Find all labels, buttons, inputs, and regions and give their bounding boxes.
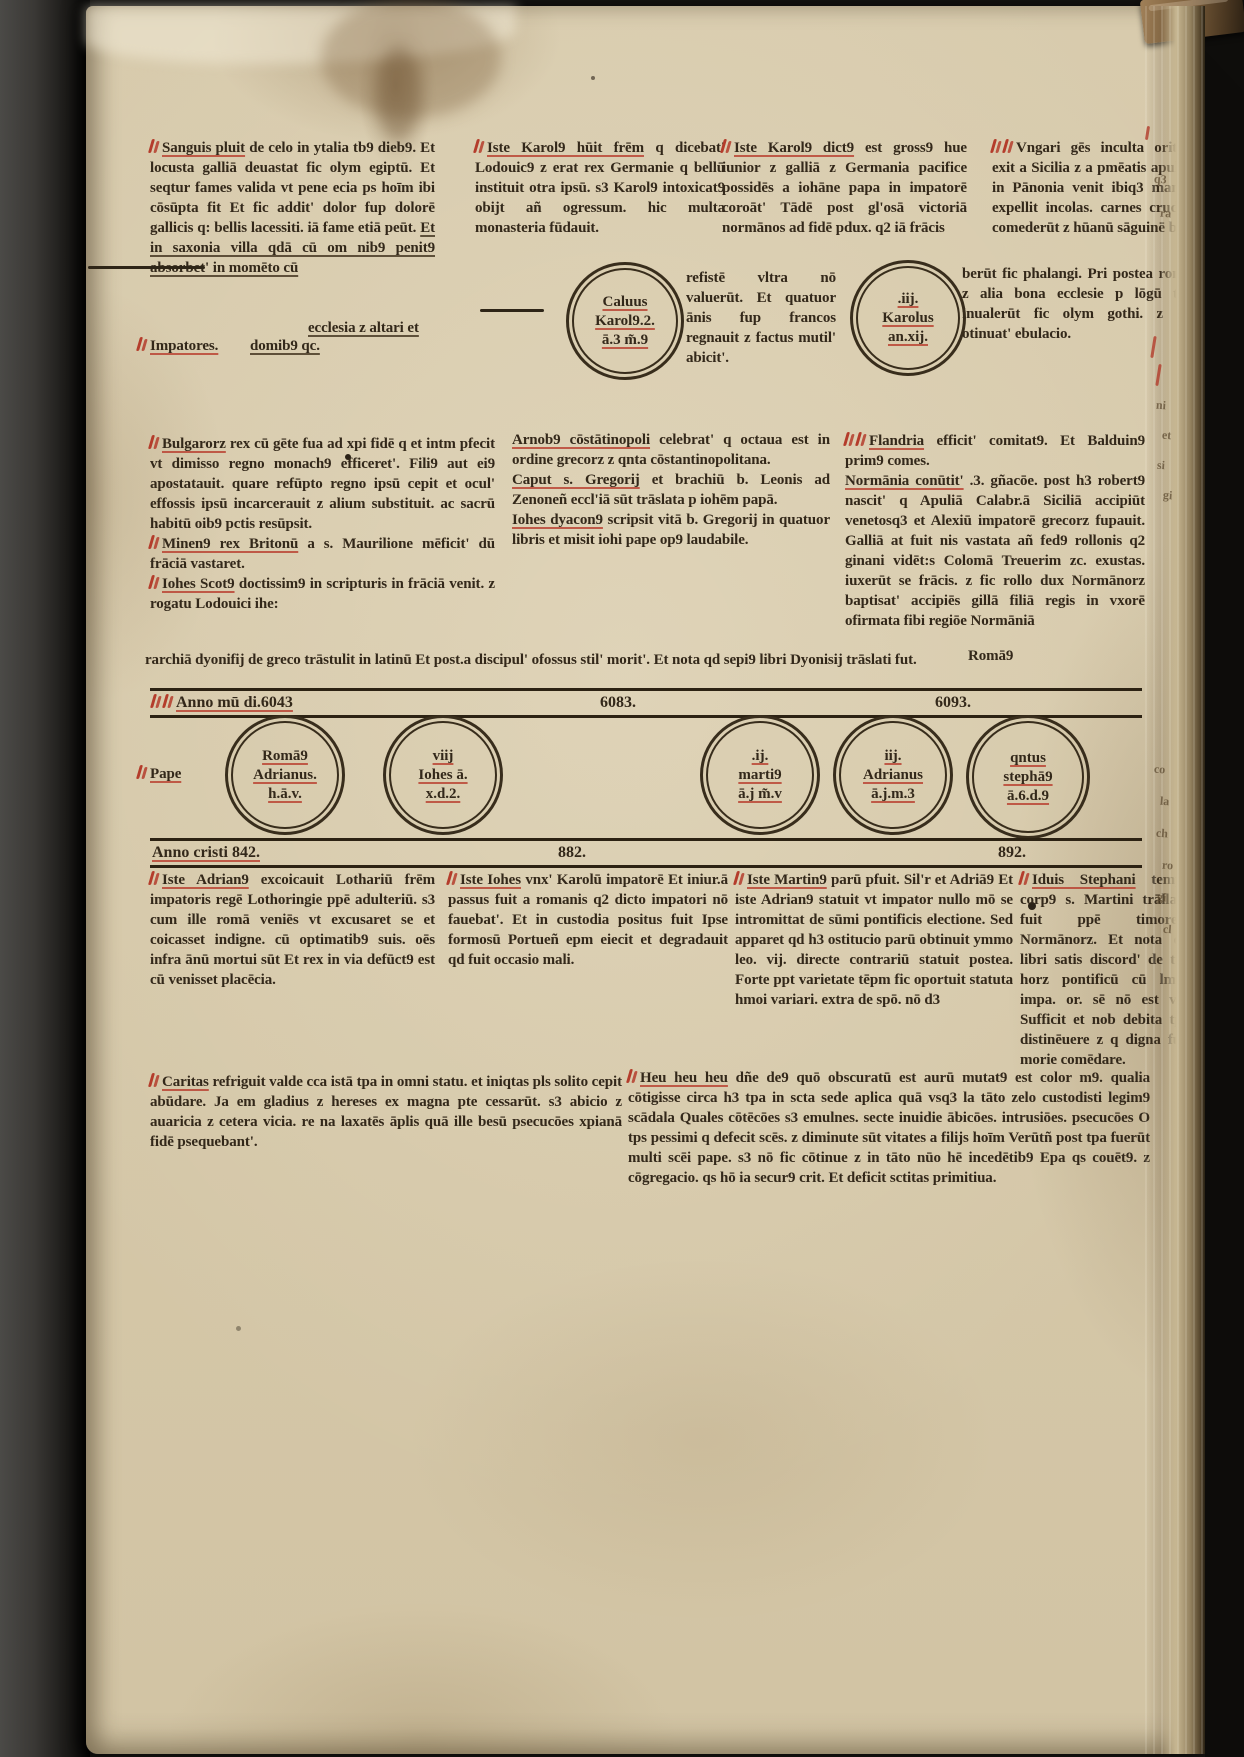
page-edge-text-fragment: ni	[1156, 398, 1167, 413]
rubric-paragraph-mark-icon	[845, 432, 853, 447]
page-edge-text-fragment: co	[1154, 762, 1166, 777]
emperor-roundel-karolus-iii: .iij. Karolus an.xij.	[850, 260, 966, 376]
roundel-line: Karol9.2.	[595, 312, 655, 330]
incipit: Iste Karol9 hūit frēm	[487, 140, 644, 156]
incipit: Iste Adrian9	[162, 872, 249, 888]
roundel-line: Caluus	[602, 293, 647, 311]
book-binding-gutter	[0, 0, 90, 1757]
rubric-paragraph-mark-icon	[150, 871, 158, 886]
rubric-paragraph-mark-icon	[150, 139, 158, 154]
pape-heading: Pape	[138, 764, 181, 784]
anno-cristi-year: 892.	[998, 843, 1026, 863]
heu-lament-paragraph: Heu heu heu dñe de9 quō obscuratū est au…	[628, 1068, 1150, 1188]
roundel-line: ā.6.d.9	[1007, 787, 1049, 805]
rubric-paragraph-mark-icon	[857, 432, 865, 447]
paragraph-text: parū pfuit. Sil'r et Adriā9 Et iste Adri…	[735, 872, 1013, 1008]
rubric-paragraph-mark-icon	[150, 535, 158, 550]
page-edge-text-fragment: ra	[1160, 206, 1172, 221]
paragraph-text: .3. gñacōe. post h3 robert9 nascit' q Ap…	[845, 473, 1145, 629]
roundel-line: .iij.	[898, 290, 919, 308]
impatores-label: Impatores.	[150, 338, 218, 354]
manuscript-page: Sanguis pluit de celo in ytalia tb9 dieb…	[86, 6, 1205, 1754]
page-edge-text-fragment: si	[1157, 458, 1166, 473]
rubric-paragraph-mark-icon	[1020, 871, 1028, 886]
margin-lead-line	[88, 266, 205, 269]
incipit: Iste Iohes	[460, 872, 521, 888]
impatores-heading: Impatores.	[138, 336, 218, 356]
scan-background-right	[1205, 0, 1244, 1757]
incipit: Iste Martin9	[747, 872, 827, 888]
rubric-paragraph-mark-icon	[150, 1073, 158, 1088]
anno-mundi-timeline-band: Anno mū di.6043 6083. 6093.	[150, 688, 1142, 718]
rubric-paragraph-mark-icon	[475, 139, 483, 154]
rubric-paragraph-mark-icon	[150, 435, 158, 450]
incipit: Caput s. Gregorij	[512, 472, 640, 488]
bottom-column-2: Iste Iohes vnx' Karolū impatorē Et iniur…	[448, 870, 728, 970]
paragraph-text: refriguit valde cca istā tpa in omni sta…	[150, 1074, 622, 1150]
fly-speck	[236, 1326, 241, 1331]
roundel-line: stephā9	[1003, 768, 1052, 786]
rubric-paragraph-mark-icon	[152, 694, 160, 709]
rubric-paragraph-mark-icon	[150, 575, 158, 590]
roundel-line: Iohes ā.	[418, 766, 467, 784]
incipit: Bulgarorz	[162, 436, 226, 452]
emperor-roundel-karolus-calvus: Caluus Karol9.2. ā.3 m̃.9	[566, 262, 684, 380]
roundel-line: marti9	[738, 766, 781, 784]
roundel-line: iij.	[884, 747, 901, 765]
page-edge-text-fragment: ro	[1162, 858, 1174, 873]
roundel-line: h.ā.v.	[268, 785, 302, 803]
incipit: Arnob9 cōstātinopoli	[512, 432, 650, 448]
page-edge-text-fragment: cl	[1163, 922, 1173, 937]
roundel-line: qntus	[1010, 749, 1046, 767]
paragraph-text: excoicauit Lothariū frēm impatoris regē …	[150, 872, 435, 988]
page-edge-text-fragment: la	[1160, 794, 1170, 809]
roundel-line: viij	[433, 747, 454, 765]
anno-cristi-year: 882.	[558, 843, 586, 863]
roundel-line: ā.j m̃.v	[738, 785, 782, 803]
incipit: Normānia conūtit'	[845, 473, 964, 489]
incipit: Iduis Stephani	[1032, 872, 1136, 888]
page-curl-edge	[1145, 6, 1205, 1754]
roundel-line: .ij.	[752, 747, 769, 765]
rubric-paragraph-mark-icon	[164, 694, 172, 709]
page-edge-text-fragment: ch	[1156, 826, 1169, 841]
top-column-3-narrow-continuation: refistē vltra nō valuerūt. Et quatuor ān…	[686, 268, 836, 368]
roundel-line: ā.j.m.3	[871, 785, 915, 803]
ink-stain	[376, 46, 421, 141]
page-edge-text-fragment: q3	[1154, 172, 1168, 187]
anno-cristi-timeline-band: Anno cristi 842. 882. 892.	[150, 838, 1142, 868]
incipit: Minen9 rex Britonū	[162, 536, 298, 552]
pope-roundel-iohannes-viii: viij Iohes ā. x.d.2.	[383, 715, 503, 835]
roundel-lead-line	[480, 309, 544, 312]
incipit: Flandria	[869, 433, 924, 449]
anno-cristi-label: Anno cristi 842.	[152, 843, 260, 863]
incipit: Iohes Scot9	[162, 576, 235, 592]
roundel-line: ā.3 m̃.9	[602, 331, 648, 349]
roundel-line: Adrianus	[863, 766, 923, 784]
romanus-corner-label: Romā9	[968, 646, 1013, 666]
rubric-paragraph-mark-icon	[138, 337, 146, 352]
page-edge-text-fragment: gi	[1157, 890, 1167, 905]
incipit: Heu heu heu	[640, 1070, 728, 1086]
rubric-paragraph-mark-icon	[735, 871, 743, 886]
rubric-paragraph-mark-icon	[1004, 139, 1012, 154]
rubric-paragraph-mark-icon	[722, 139, 730, 154]
mid-column-2: Arnob9 cōstātinopoli celebrat' q octaua …	[512, 430, 830, 550]
mid-column-1: Bulgarorz rex cū gēte fua ad xpi fidē q …	[150, 434, 495, 614]
rubric-paragraph-mark-icon	[992, 139, 1000, 154]
roundel-line: Romā9	[262, 747, 308, 765]
anno-mundi-year: 6083.	[600, 693, 636, 713]
rubric-paragraph-mark-icon	[448, 871, 456, 886]
pope-roundel-adrianus-ii: Romā9 Adrianus. h.ā.v.	[225, 715, 345, 835]
page-edge-text-fragment: et	[1162, 428, 1172, 443]
incipit: Iste Karol9 dict9	[734, 140, 854, 156]
bottom-column-1: Iste Adrian9 excoicauit Lothariū frēm im…	[150, 870, 435, 990]
incipit: Caritas	[162, 1074, 209, 1090]
page-edge-text-fragment: gi	[1163, 488, 1173, 503]
column1-hanging-line: ecclesia z altari et	[308, 318, 419, 338]
top-column-2: Iste Karol9 hūit frēm q dicebat' Lodouic…	[475, 138, 725, 238]
rubric-paragraph-mark-icon	[628, 1069, 636, 1084]
pope-roundel-martinus-ii: .ij. marti9 ā.j m̃.v	[700, 715, 820, 835]
paragraph-text: dñe de9 quō obscuratū est aurū mutat9 es…	[628, 1070, 1150, 1186]
roundel-line: Adrianus.	[253, 766, 317, 784]
anno-mundi-year: 6093.	[935, 693, 971, 713]
mid-column-3: Flandria efficit' comitat9. Et Balduin9 …	[845, 431, 1145, 631]
roundel-line: an.xij.	[888, 328, 928, 346]
bottom-column-3: Iste Martin9 parū pfuit. Sil'r et Adriā9…	[735, 870, 1013, 1010]
rubric-paragraph-mark-icon	[138, 765, 146, 780]
incipit: Iohes dyacon9	[512, 512, 603, 528]
column1-hanging-line: domib9 qc.	[250, 336, 320, 356]
roundel-line: x.d.2.	[426, 785, 461, 803]
fly-speck	[591, 76, 595, 80]
pope-roundel-adrianus-iii: iij. Adrianus ā.j.m.3	[833, 715, 953, 835]
pape-label: Pape	[150, 766, 181, 782]
anno-mundi-label: Anno mū di.6043	[152, 693, 293, 713]
top-column-1: Sanguis pluit de celo in ytalia tb9 dieb…	[150, 138, 435, 278]
caritas-paragraph: Caritas refriguit valde cca istā tpa in …	[150, 1072, 622, 1152]
roundel-line: Karolus	[882, 309, 933, 327]
top-column-3: Iste Karol9 dict9 est gross9 hue iunior …	[722, 138, 967, 238]
pope-roundel-stephanus-v: qntus stephā9 ā.6.d.9	[966, 715, 1090, 839]
incipit: Sanguis pluit	[162, 140, 245, 156]
